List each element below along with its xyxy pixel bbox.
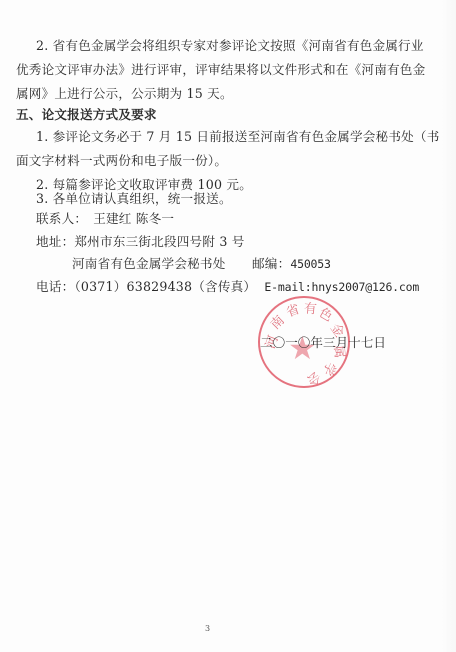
postcode-group: 邮编：450053 — [252, 256, 331, 272]
paragraph-2-line-2: 优秀论文评审办法》进行评审，评审结果将以文件形式和在《河南有色金 — [16, 62, 425, 78]
seal-char: 学 — [319, 360, 342, 380]
address-row: 地址：郑州市东三街北段四号附 3 号 — [36, 234, 245, 250]
phone-label: 电话： — [36, 279, 74, 294]
address-label: 地址： — [36, 234, 74, 249]
paragraph-2-line-1: 2. 省有色金属学会将组织专家对参评论文按照《河南省有色金属行业 — [36, 38, 424, 54]
contact-label: 联系人： — [36, 211, 87, 226]
seal-char: 南 — [265, 310, 288, 333]
document-page: 2. 省有色金属学会将组织专家对参评论文按照《河南省有色金属行业 优秀论文评审办… — [0, 0, 456, 652]
scan-edge-shadow — [442, 0, 456, 652]
seal-char: 省 — [283, 298, 302, 320]
requirement-1-line-1: 1. 参评论文务必于 7 月 15 日前报送至河南省有色金属学会秘书处（书 — [36, 129, 440, 145]
postcode-label: 邮编： — [252, 256, 290, 271]
email-value[interactable]: E-mail:hnys2007@126.com — [264, 280, 419, 294]
address-value: 郑州市东三街北段四号附 3 号 — [74, 234, 244, 249]
office-postcode-row: 河南省有色金属学会秘书处 邮编：450053 — [72, 256, 226, 272]
phone-email-row: 电话：（0371）63829438（含传真） E-mail:hnys2007@1… — [36, 279, 419, 295]
section-5-heading: 五、论文报送方式及要求 — [16, 107, 157, 123]
requirement-3: 3. 各单位请认真组织，统一报送。 — [36, 191, 232, 207]
office-name: 河南省有色金属学会秘书处 — [72, 256, 226, 271]
postcode-value: 450053 — [290, 257, 330, 271]
phone-value: （0371）63829438（含传真） — [74, 279, 256, 294]
contact-person-row: 联系人：王建红 陈冬一 — [36, 211, 174, 227]
page-number: 3 — [205, 624, 210, 633]
contact-persons: 王建红 陈冬一 — [93, 211, 174, 226]
seal-char: 有 — [303, 297, 318, 317]
document-date: 二〇一〇年三月十七日 — [260, 332, 386, 351]
requirement-1-line-2: 面文字材料一式两份和电子版一份）。 — [16, 153, 227, 169]
paragraph-2-line-3: 属网》上进行公示，公示期为 15 天。 — [16, 86, 233, 102]
seal-char: 色 — [316, 302, 337, 325]
